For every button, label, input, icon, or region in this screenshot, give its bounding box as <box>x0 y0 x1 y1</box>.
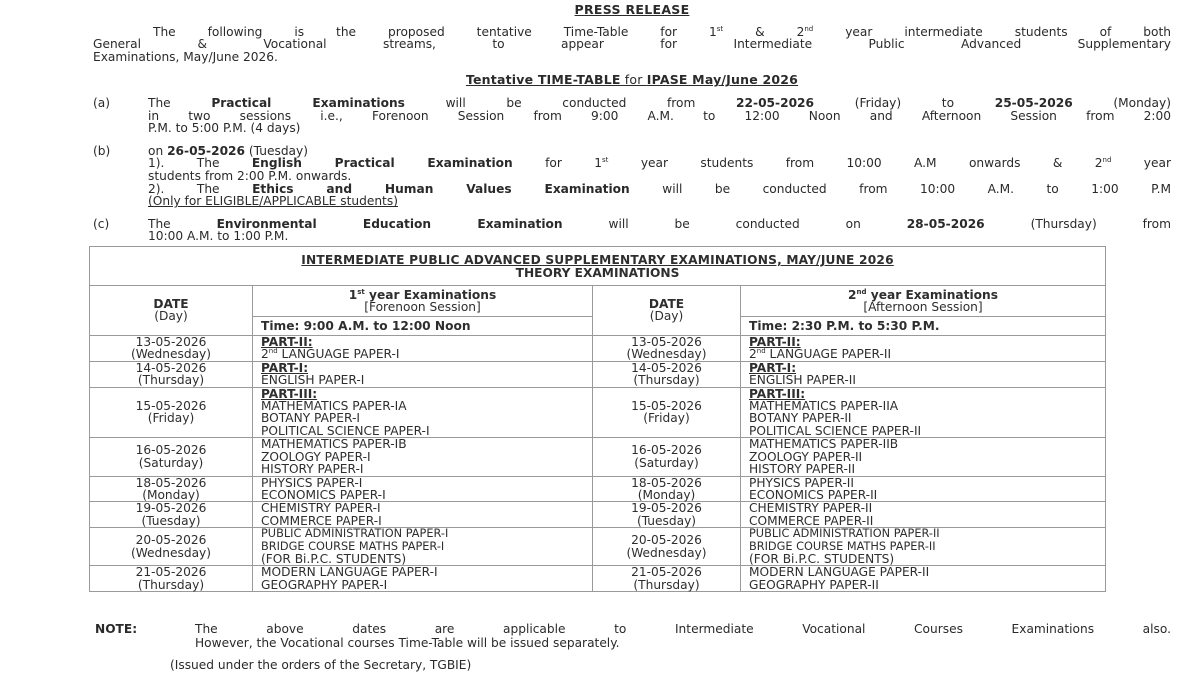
subject-name: BOTANY PAPER-I <box>261 412 588 424</box>
subject-name: ENGLISH PAPER-I <box>261 374 588 386</box>
subject-name: MATHEMATICS PAPER-IB <box>261 438 588 450</box>
second-year-date: 19-05-2026(Tuesday) <box>593 502 741 528</box>
second-year-subjects: MATHEMATICS PAPER-IIBZOOLOGY PAPER-IIHIS… <box>741 438 1106 476</box>
header-date-second: DATE(Day) <box>593 285 741 335</box>
header-first-year: 1st year Examinations[Forenoon Session] <box>253 285 593 316</box>
subject-name: MATHEMATICS PAPER-IIB <box>749 438 1101 450</box>
subject-name: HISTORY PAPER-I <box>261 463 588 475</box>
first-year-subjects: CHEMISTRY PAPER-ICOMMERCE PAPER-I <box>253 502 593 528</box>
first-year-date: 14-05-2026(Thursday) <box>90 361 253 387</box>
header-second-year: 2nd year Examinations[Afternoon Session] <box>741 285 1106 316</box>
header-first-year-time: Time: 9:00 A.M. to 12:00 Noon <box>253 316 593 335</box>
subject-name: BOTANY PAPER-II <box>749 412 1101 424</box>
second-year-date: 20-05-2026(Wednesday) <box>593 528 741 566</box>
note-label: NOTE: <box>95 623 195 636</box>
second-year-date: 21-05-2026(Thursday) <box>593 566 741 592</box>
note-section: NOTE: The above dates are applicable to … <box>95 623 1171 649</box>
subject-name: COMMERCE PAPER-II <box>749 515 1101 527</box>
second-year-subjects: MODERN LANGUAGE PAPER-IIGEOGRAPHY PAPER-… <box>741 566 1106 592</box>
subject-name: ENGLISH PAPER-II <box>749 374 1101 386</box>
subject-name: GEOGRAPHY PAPER-II <box>749 579 1101 591</box>
subject-name: COMMERCE PAPER-I <box>261 515 588 527</box>
second-year-subjects: PUBLIC ADMINISTRATION PAPER-IIBRIDGE COU… <box>741 528 1106 566</box>
item-a-practical: (a) The Practical Examinations will be c… <box>93 97 1171 135</box>
subject-name: (FOR Bi.P.C. STUDENTS) <box>261 553 588 565</box>
second-year-date: 13-05-2026(Wednesday) <box>593 336 741 362</box>
second-year-date: 18-05-2026(Monday) <box>593 476 741 502</box>
note-line-2: However, the Vocational courses Time-Tab… <box>95 637 1171 650</box>
table-row: 20-05-2026(Wednesday)PUBLIC ADMINISTRATI… <box>90 528 1106 566</box>
first-year-subjects: MODERN LANGUAGE PAPER-IGEOGRAPHY PAPER-I <box>253 566 593 592</box>
table-row: 19-05-2026(Tuesday)CHEMISTRY PAPER-ICOMM… <box>90 502 1106 528</box>
subject-name: MODERN LANGUAGE PAPER-II <box>749 566 1101 578</box>
first-year-date: 16-05-2026(Saturday) <box>90 438 253 476</box>
intro-paragraph: The following is the proposed tentative … <box>93 26 1171 64</box>
second-year-subjects: PART-I:ENGLISH PAPER-II <box>741 361 1106 387</box>
second-year-subjects: PART-II:2nd LANGUAGE PAPER-II <box>741 336 1106 362</box>
subject-name: PUBLIC ADMINISTRATION PAPER-II <box>749 528 1101 540</box>
first-year-subjects: PART-I:ENGLISH PAPER-I <box>253 361 593 387</box>
first-year-subjects: PHYSICS PAPER-IECONOMICS PAPER-I <box>253 476 593 502</box>
item-b-english-ethics: (b) on 26-05-2026 (Tuesday) 1). The Engl… <box>93 145 1171 208</box>
subject-name: PUBLIC ADMINISTRATION PAPER-I <box>261 528 588 540</box>
first-year-date: 13-05-2026(Wednesday) <box>90 336 253 362</box>
second-year-subjects: CHEMISTRY PAPER-IICOMMERCE PAPER-II <box>741 502 1106 528</box>
subject-name: ECONOMICS PAPER-I <box>261 489 588 501</box>
subject-name: HISTORY PAPER-II <box>749 463 1101 475</box>
table-row: 18-05-2026(Monday)PHYSICS PAPER-IECONOMI… <box>90 476 1106 502</box>
document-title: PRESS RELEASE <box>93 4 1171 17</box>
second-year-date: 15-05-2026(Friday) <box>593 387 741 438</box>
subject-name: (FOR Bi.P.C. STUDENTS) <box>749 553 1101 565</box>
subject-name: 2nd LANGUAGE PAPER-II <box>749 348 1101 360</box>
second-year-date: 14-05-2026(Thursday) <box>593 361 741 387</box>
issued-by-line: (Issued under the orders of the Secretar… <box>170 659 471 672</box>
subject-name: 2nd LANGUAGE PAPER-I <box>261 348 588 360</box>
item-label: (c) <box>93 218 148 243</box>
second-year-date: 16-05-2026(Saturday) <box>593 438 741 476</box>
table-row: 16-05-2026(Saturday)MATHEMATICS PAPER-IB… <box>90 438 1106 476</box>
second-year-subjects: PHYSICS PAPER-IIECONOMICS PAPER-II <box>741 476 1106 502</box>
subject-name: MODERN LANGUAGE PAPER-I <box>261 566 588 578</box>
theory-exam-timetable: INTERMEDIATE PUBLIC ADVANCED SUPPLEMENTA… <box>89 246 1106 592</box>
intro-line-3: Examinations, May/June 2026. <box>93 50 278 64</box>
table-row: 21-05-2026(Thursday)MODERN LANGUAGE PAPE… <box>90 566 1106 592</box>
press-release-document: PRESS RELEASE The following is the propo… <box>93 0 1171 243</box>
first-year-subjects: MATHEMATICS PAPER-IBZOOLOGY PAPER-IHISTO… <box>253 438 593 476</box>
note-line-1: The above dates are applicable to Interm… <box>195 623 1171 636</box>
table-caption: INTERMEDIATE PUBLIC ADVANCED SUPPLEMENTA… <box>90 247 1106 286</box>
first-year-subjects: PUBLIC ADMINISTRATION PAPER-IBRIDGE COUR… <box>253 528 593 566</box>
subject-name: GEOGRAPHY PAPER-I <box>261 579 588 591</box>
first-year-subjects: PART-II:2nd LANGUAGE PAPER-I <box>253 336 593 362</box>
item-c-environmental: (c) The Environmental Education Examinat… <box>93 218 1171 243</box>
table-row: 14-05-2026(Thursday)PART-I:ENGLISH PAPER… <box>90 361 1106 387</box>
table-row: 15-05-2026(Friday)PART-III:MATHEMATICS P… <box>90 387 1106 438</box>
table-row: 13-05-2026(Wednesday)PART-II:2nd LANGUAG… <box>90 336 1106 362</box>
subject-name: ECONOMICS PAPER-II <box>749 489 1101 501</box>
first-year-date: 20-05-2026(Wednesday) <box>90 528 253 566</box>
subject-name: POLITICAL SCIENCE PAPER-II <box>749 425 1101 437</box>
header-date-first: DATE(Day) <box>90 285 253 335</box>
first-year-date: 15-05-2026(Friday) <box>90 387 253 438</box>
subject-name: CHEMISTRY PAPER-I <box>261 502 588 514</box>
first-year-date: 18-05-2026(Monday) <box>90 476 253 502</box>
second-year-subjects: PART-III:MATHEMATICS PAPER-IIABOTANY PAP… <box>741 387 1106 438</box>
header-second-year-time: Time: 2:30 P.M. to 5:30 P.M. <box>741 316 1106 335</box>
timetable-subtitle: Tentative TIME-TABLE for IPASE May/June … <box>93 74 1171 87</box>
subject-name: CHEMISTRY PAPER-II <box>749 502 1101 514</box>
item-label: (a) <box>93 97 148 135</box>
first-year-subjects: PART-III:MATHEMATICS PAPER-IABOTANY PAPE… <box>253 387 593 438</box>
subject-name: POLITICAL SCIENCE PAPER-I <box>261 425 588 437</box>
first-year-date: 19-05-2026(Tuesday) <box>90 502 253 528</box>
item-label: (b) <box>93 145 148 208</box>
first-year-date: 21-05-2026(Thursday) <box>90 566 253 592</box>
